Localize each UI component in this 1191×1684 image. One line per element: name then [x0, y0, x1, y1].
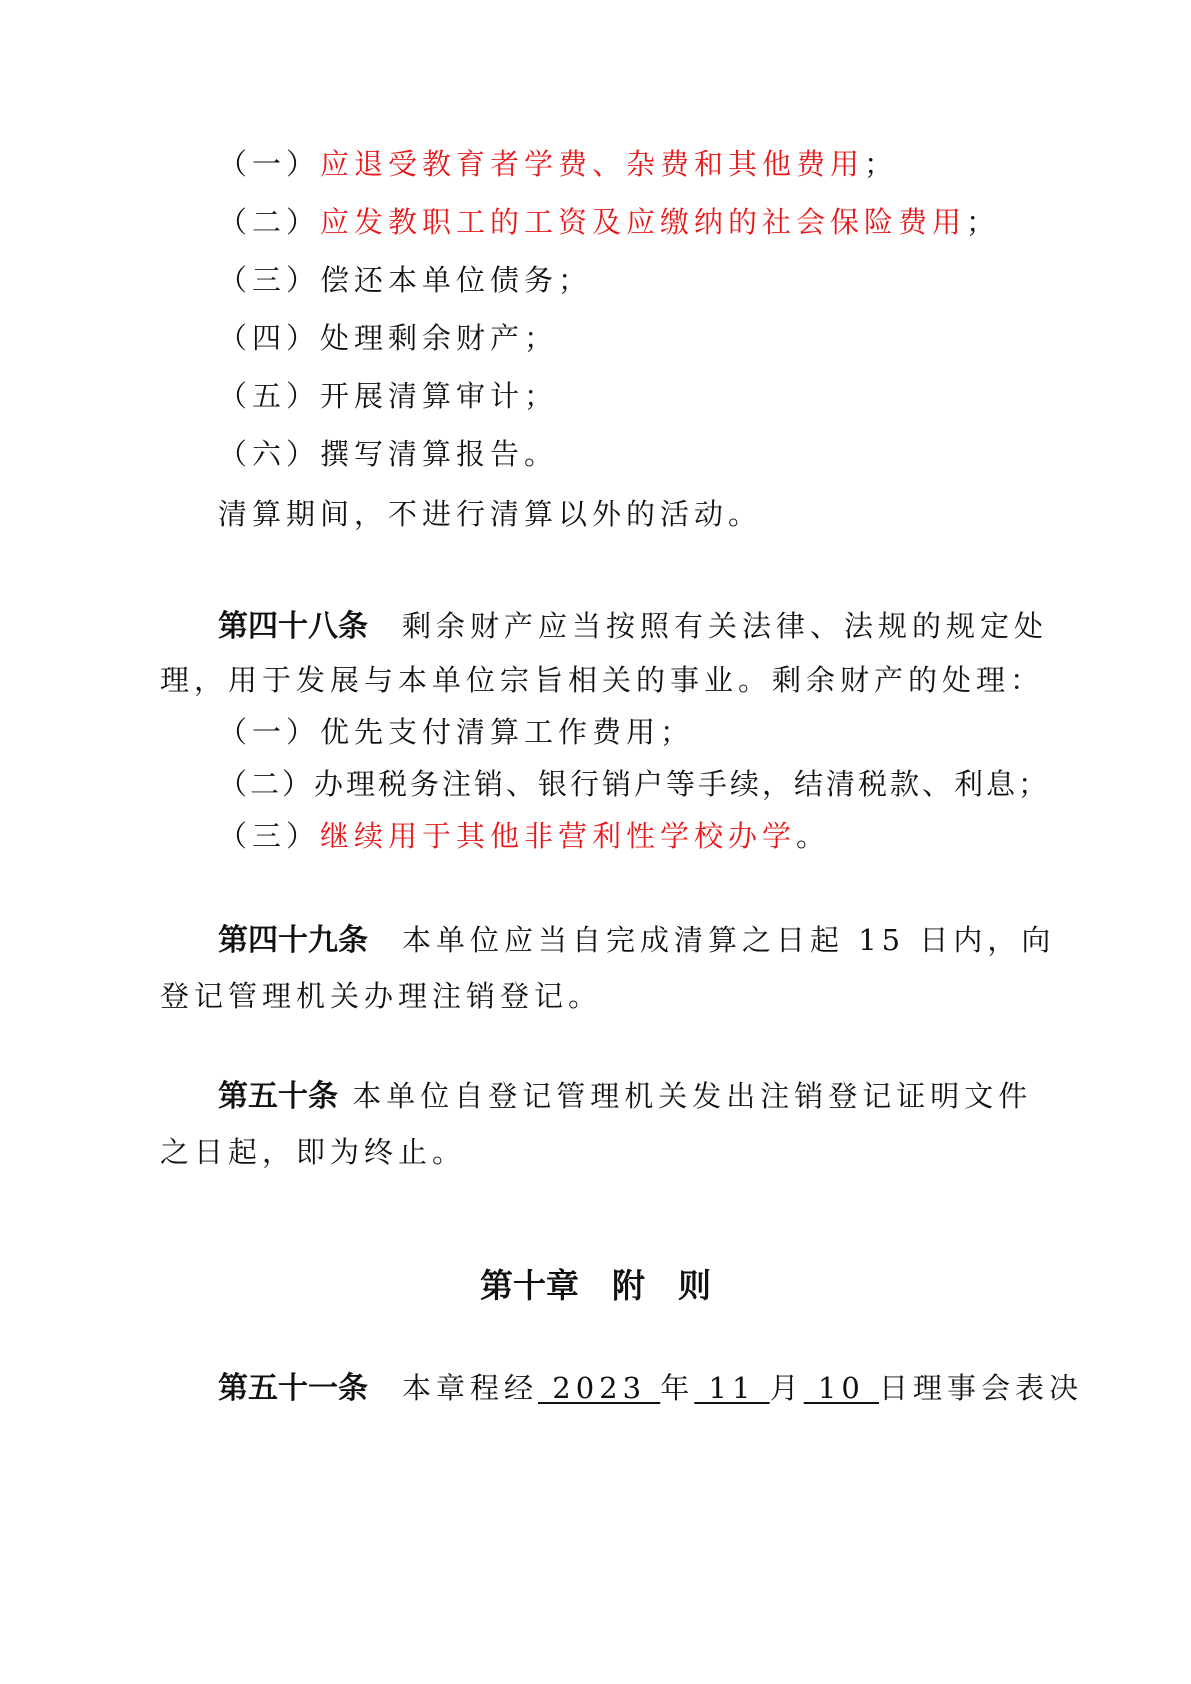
article-title: 第四十九条: [218, 923, 368, 958]
item-number: （六）: [218, 437, 320, 471]
year-label: 年: [660, 1371, 694, 1405]
article-text: 本章程经: [402, 1371, 538, 1405]
list-item: （四）处理剩余财产；: [218, 318, 558, 358]
article-text: 本单位自登记管理机关发出注销登记证明文件: [352, 1079, 1032, 1113]
item-text: 办理税务注销、银行销户等手续，结清税款、利息；: [314, 767, 1050, 801]
punctuation: ；: [966, 205, 1000, 239]
chapter-heading: 第十章 附 则: [0, 1264, 1191, 1308]
item-text: 处理剩余财产: [320, 321, 524, 355]
date-day: 10: [804, 1371, 879, 1405]
punctuation: ；: [558, 263, 592, 297]
article-48-line2: 理，用于发展与本单位宗旨相关的事业。剩余财产的处理：: [160, 660, 1044, 700]
article-51-line1: 第五十一条 本章程经 2023 年 11 月 10 日理事会表决: [218, 1368, 1083, 1409]
item-text: 偿还本单位债务: [320, 263, 558, 297]
article-text: 剩余财产应当按照有关法律、法规的规定处: [402, 609, 1048, 643]
punctuation: ；: [524, 321, 558, 355]
punctuation: ；: [524, 379, 558, 413]
punctuation: 。: [796, 819, 830, 853]
list-item: （二）办理税务注销、银行销户等手续，结清税款、利息；: [218, 764, 1050, 804]
list-item: （六）撰写清算报告。: [218, 434, 558, 474]
article-50-line1: 第五十条 本单位自登记管理机关发出注销登记证明文件: [218, 1076, 1032, 1117]
punctuation: 。: [524, 437, 558, 471]
article-49-line2: 登记管理机关办理注销登记。: [160, 976, 602, 1016]
article-48-line1: 第四十八条 剩余财产应当按照有关法律、法规的规定处: [218, 606, 1048, 647]
highlighted-text: 继续用于其他非营利性学校办学: [320, 819, 796, 853]
item-number: （四）: [218, 321, 320, 355]
list-item: （三）偿还本单位债务；: [218, 260, 592, 300]
item-number: （一）: [218, 147, 320, 181]
item-number: （一）: [218, 715, 320, 749]
article-50-line2: 之日起，即为终止。: [160, 1132, 466, 1172]
list-item: （三）继续用于其他非营利性学校办学。: [218, 816, 830, 856]
highlighted-text: 应发教职工的工资及应缴纳的社会保险费用: [320, 205, 966, 239]
date-month: 11: [694, 1371, 769, 1405]
closing-paragraph: 清算期间，不进行清算以外的活动。: [218, 494, 762, 534]
list-item: （五）开展清算审计；: [218, 376, 558, 416]
item-number: （五）: [218, 379, 320, 413]
article-title: 第五十条: [218, 1079, 338, 1114]
article-text: 日理事会表决: [879, 1371, 1083, 1405]
highlighted-text: 应退受教育者学费、杂费和其他费用: [320, 147, 864, 181]
article-title: 第五十一条: [218, 1371, 368, 1406]
list-item: （一）应退受教育者学费、杂费和其他费用；: [218, 144, 898, 184]
item-number: （三）: [218, 263, 320, 297]
list-item: （一）优先支付清算工作费用；: [218, 712, 694, 752]
month-label: 月: [770, 1371, 804, 1405]
item-text: 开展清算审计: [320, 379, 524, 413]
article-49-line1: 第四十九条 本单位应当自完成清算之日起 15 日内，向: [218, 920, 1055, 961]
article-title: 第四十八条: [218, 609, 368, 644]
article-text: 本单位应当自完成清算之日起 15 日内，向: [402, 923, 1055, 957]
date-year: 2023: [538, 1371, 660, 1405]
list-item: （二）应发教职工的工资及应缴纳的社会保险费用；: [218, 202, 1000, 242]
punctuation: ；: [864, 147, 898, 181]
item-text: 撰写清算报告: [320, 437, 524, 471]
item-number: （二）: [218, 205, 320, 239]
item-text: 优先支付清算工作费用；: [320, 715, 694, 749]
item-number: （三）: [218, 819, 320, 853]
item-number: （二）: [218, 767, 314, 801]
